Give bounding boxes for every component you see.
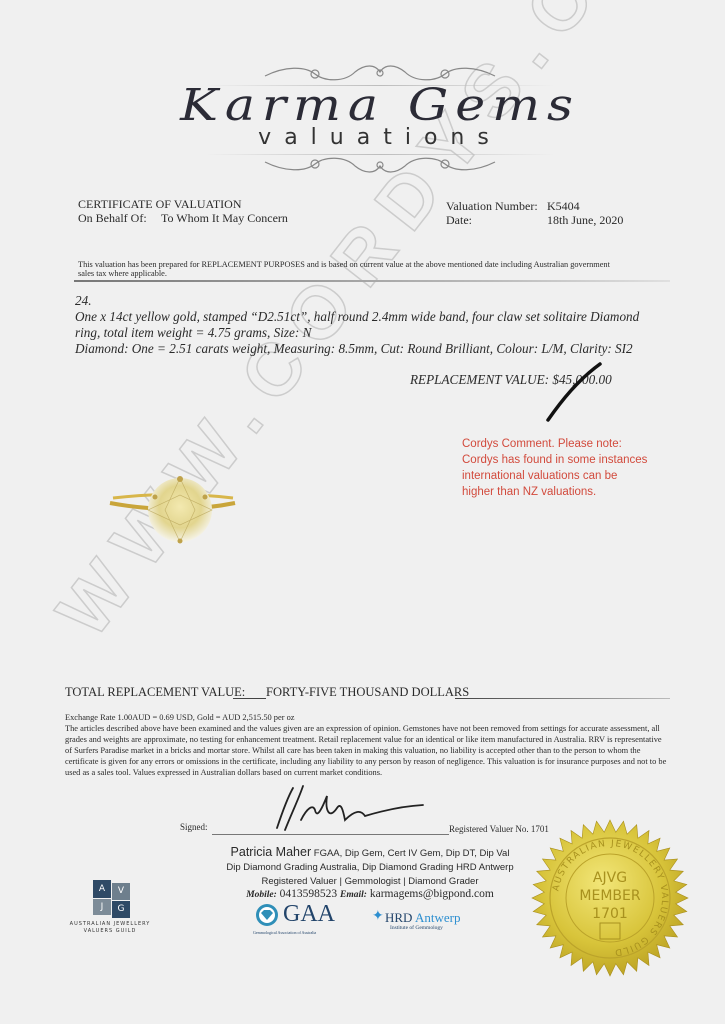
exchange-rate: Exchange Rate 1.00AUD = 0.69 USD, Gold =… bbox=[65, 712, 670, 723]
disclaimer: Exchange Rate 1.00AUD = 0.69 USD, Gold =… bbox=[65, 712, 670, 778]
ajvg-name-line1: AUSTRALIAN JEWELLERY bbox=[64, 921, 156, 928]
valuer-qualifications-2: Dip Diamond Grading Australia, Dip Diamo… bbox=[185, 862, 555, 873]
on-behalf-value: To Whom It May Concern bbox=[161, 211, 288, 226]
valuer-contact: Mobile: 0413598523 Email: karmagems@bigp… bbox=[185, 888, 555, 900]
antwerp-text: Antwerp bbox=[415, 910, 461, 926]
item-line-3: Diamond: One = 2.51 carats weight, Measu… bbox=[75, 341, 639, 357]
valuation-number-label: Valuation Number: bbox=[446, 199, 538, 214]
date-label: Date: bbox=[446, 213, 472, 228]
total-replacement-value: FORTY-FIVE THOUSAND DOLLARS bbox=[266, 685, 469, 700]
header-divider bbox=[74, 280, 670, 282]
mobile-label: Mobile: bbox=[246, 890, 277, 900]
brand-name: Karma Gems bbox=[179, 80, 582, 131]
certificate-page: WWW.CORDYS.CO.NZ Karma Gems valuations C… bbox=[0, 0, 725, 1024]
item-number: 24. bbox=[75, 293, 639, 309]
total-blank-line bbox=[233, 698, 266, 699]
ajvg-letter-g: G bbox=[112, 901, 130, 918]
ajvg-name-line2: VALUERS GUILD bbox=[64, 928, 156, 935]
valuer-name: Patricia Maher bbox=[231, 845, 312, 859]
star-icon: ✦ bbox=[372, 908, 384, 925]
ajvg-letter-v: V bbox=[112, 883, 130, 900]
valuer-name-line: Patricia Maher FGAA, Dip Gem, Cert IV Ge… bbox=[185, 845, 555, 859]
email-label: Email: bbox=[340, 890, 367, 900]
date-value: 18th June, 2020 bbox=[547, 213, 623, 228]
svg-text:MEMBER: MEMBER bbox=[579, 888, 640, 904]
gaa-text: GAA bbox=[283, 901, 335, 928]
signature-icon bbox=[265, 780, 425, 840]
hrd-subtitle: Institute of Gemmology bbox=[390, 925, 443, 931]
ajvg-letter-a: A bbox=[93, 880, 111, 898]
karma-gems-logo: Karma Gems valuations bbox=[205, 58, 555, 183]
total-replacement-label: TOTAL REPLACEMENT VALUE: bbox=[65, 685, 245, 700]
valuer-roles: Registered Valuer | Gemmologist | Diamon… bbox=[185, 876, 555, 887]
pen-strike-mark-icon bbox=[540, 360, 610, 430]
ajvg-name: AUSTRALIAN JEWELLERY VALUERS GUILD bbox=[64, 921, 156, 935]
ajvg-logo: A V J G bbox=[93, 880, 131, 918]
hrd-text: HRD bbox=[385, 910, 412, 926]
total-underline bbox=[455, 698, 670, 699]
svg-text:AJVG: AJVG bbox=[593, 870, 627, 886]
gaa-diamond-icon bbox=[255, 903, 279, 927]
item-line-1: One x 14ct yellow gold, stamped “D2.51ct… bbox=[75, 309, 639, 325]
valuer-qualifications: FGAA, Dip Gem, Cert IV Gem, Dip DT, Dip … bbox=[314, 848, 510, 859]
diamond-ring-photo bbox=[105, 455, 240, 550]
mobile-number[interactable]: 0413598523 bbox=[280, 888, 338, 900]
item-description: 24. One x 14ct yellow gold, stamped “D2.… bbox=[75, 293, 639, 357]
cordys-comment: Cordys Comment. Please note: Cordys has … bbox=[462, 436, 652, 500]
flourish-bottom-icon bbox=[255, 154, 505, 174]
certificate-title: CERTIFICATE OF VALUATION bbox=[78, 197, 242, 212]
disclaimer-body: The articles described above have been e… bbox=[65, 723, 670, 778]
ajvg-member-seal: AUSTRALIAN JEWELLERY VALUERS GUILD AJVG … bbox=[530, 818, 690, 978]
email-address[interactable]: karmagems@bigpond.com bbox=[370, 888, 494, 900]
ajvg-letter-j: J bbox=[93, 899, 111, 915]
on-behalf-label: On Behalf Of: bbox=[78, 211, 147, 226]
signed-label: Signed: bbox=[180, 822, 208, 832]
gaa-subtitle: Gemmological Association of Australia bbox=[253, 930, 316, 935]
valuation-number-value: K5404 bbox=[547, 199, 580, 214]
svg-text:1701: 1701 bbox=[592, 906, 628, 922]
brand-subtitle: valuations bbox=[205, 125, 555, 150]
item-line-2: ring, total item weight = 4.75 grams, Si… bbox=[75, 325, 639, 341]
purpose-note-line2: sales tax where applicable. bbox=[78, 269, 167, 279]
